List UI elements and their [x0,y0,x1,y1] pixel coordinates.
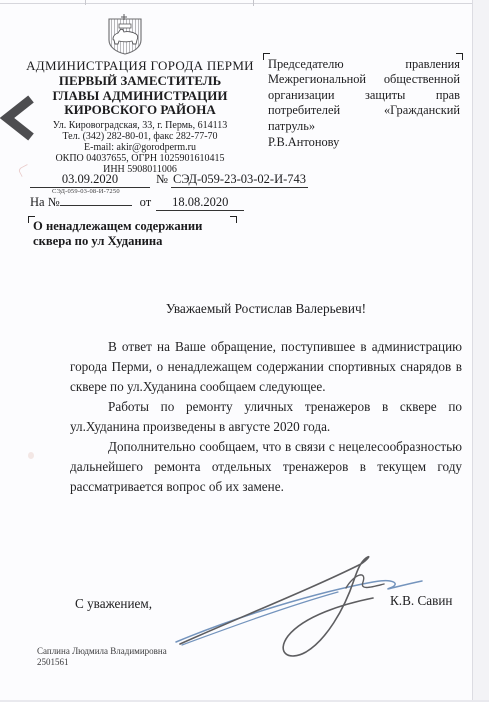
letterhead-address: Ул. Кировоградская, 33, г. Пермь, 614113 [8,120,272,131]
incoming-date: 18.08.2020 [156,195,244,211]
outgoing-date: 03.09.2020 [30,172,150,188]
recipient-block: Председателю правления Межрегиональной о… [268,57,460,150]
outgoing-number: СЭД-059-23-03-02-И-743 [171,172,308,188]
office-title-line2: ГЛАВЫ АДМИНИСТРАЦИИ [8,89,272,104]
page-top-edge [0,3,489,4]
letterhead: АДМИНИСТРАЦИЯ ГОРОДА ПЕРМИ ПЕРВЫЙ ЗАМЕСТ… [8,58,272,176]
recipient-title: Председателю правления Межрегиональной о… [268,57,460,134]
paragraph: Дополнительно сообщаем, что в связи с не… [70,437,462,497]
perm-coat-of-arms [104,13,146,59]
subject-block: О ненадлежащем содержании сквера по ул Х… [33,219,235,249]
scanned-letter-page: АДМИНИСТРАЦИЯ ГОРОДА ПЕРМИ ПЕРВЫЙ ЗАМЕСТ… [0,0,489,702]
salutation: Уважаемый Ростислав Валерьевич! [70,301,462,317]
executor-name: Саплина Людмила Владимировна [37,646,167,657]
letterhead-phone: Тел. (342) 282-80-01, факс 282-77-70 [8,131,272,142]
scan-tick [85,0,86,5]
letterhead-email: E-mail: akir@gorodperm.ru [8,142,272,153]
from-label: от [140,195,152,209]
executor-phone: 2501561 [37,657,167,668]
scan-tick [253,0,254,6]
on-number-label: На № [30,195,60,209]
letterhead-codes: ОКПО 04037655, ОГРН 1025901610415 [8,153,272,164]
page-right-edge [472,0,489,702]
paragraph: В ответ на Ваше обращение, поступившее в… [70,337,462,397]
letter-body: В ответ на Ваше обращение, поступившее в… [70,337,462,497]
number-sign: № [156,172,168,186]
paragraph: Работы по ремонту уличных тренажеров в с… [70,397,462,437]
handwritten-signature [168,548,430,668]
closing-phrase: С уважением, [75,596,152,612]
incoming-number-small: СЭД-059-03-08-И-7250 [52,188,120,195]
executor-info: Саплина Людмила Владимировна 2501561 [37,646,167,668]
office-title-line1: ПЕРВЫЙ ЗАМЕСТИТЕЛЬ [8,74,272,89]
recipient-name: Р.В.Антонову [268,135,460,150]
incoming-reference-row: На №от18.08.2020 [30,195,244,211]
gospel-book-icon [119,24,131,28]
scan-artifact [28,452,34,459]
subject-line1: О ненадлежащем содержании [33,219,235,234]
incoming-number-blank [60,205,132,206]
office-title-line3: КИРОВСКОГО РАЙОНА [8,103,272,118]
outgoing-reference-row: 03.09.2020№СЭД-059-23-03-02-И-743 [30,172,308,188]
organization-name: АДМИНИСТРАЦИЯ ГОРОДА ПЕРМИ [8,58,272,74]
subject-line2: сквера по ул Худанина [33,234,235,249]
